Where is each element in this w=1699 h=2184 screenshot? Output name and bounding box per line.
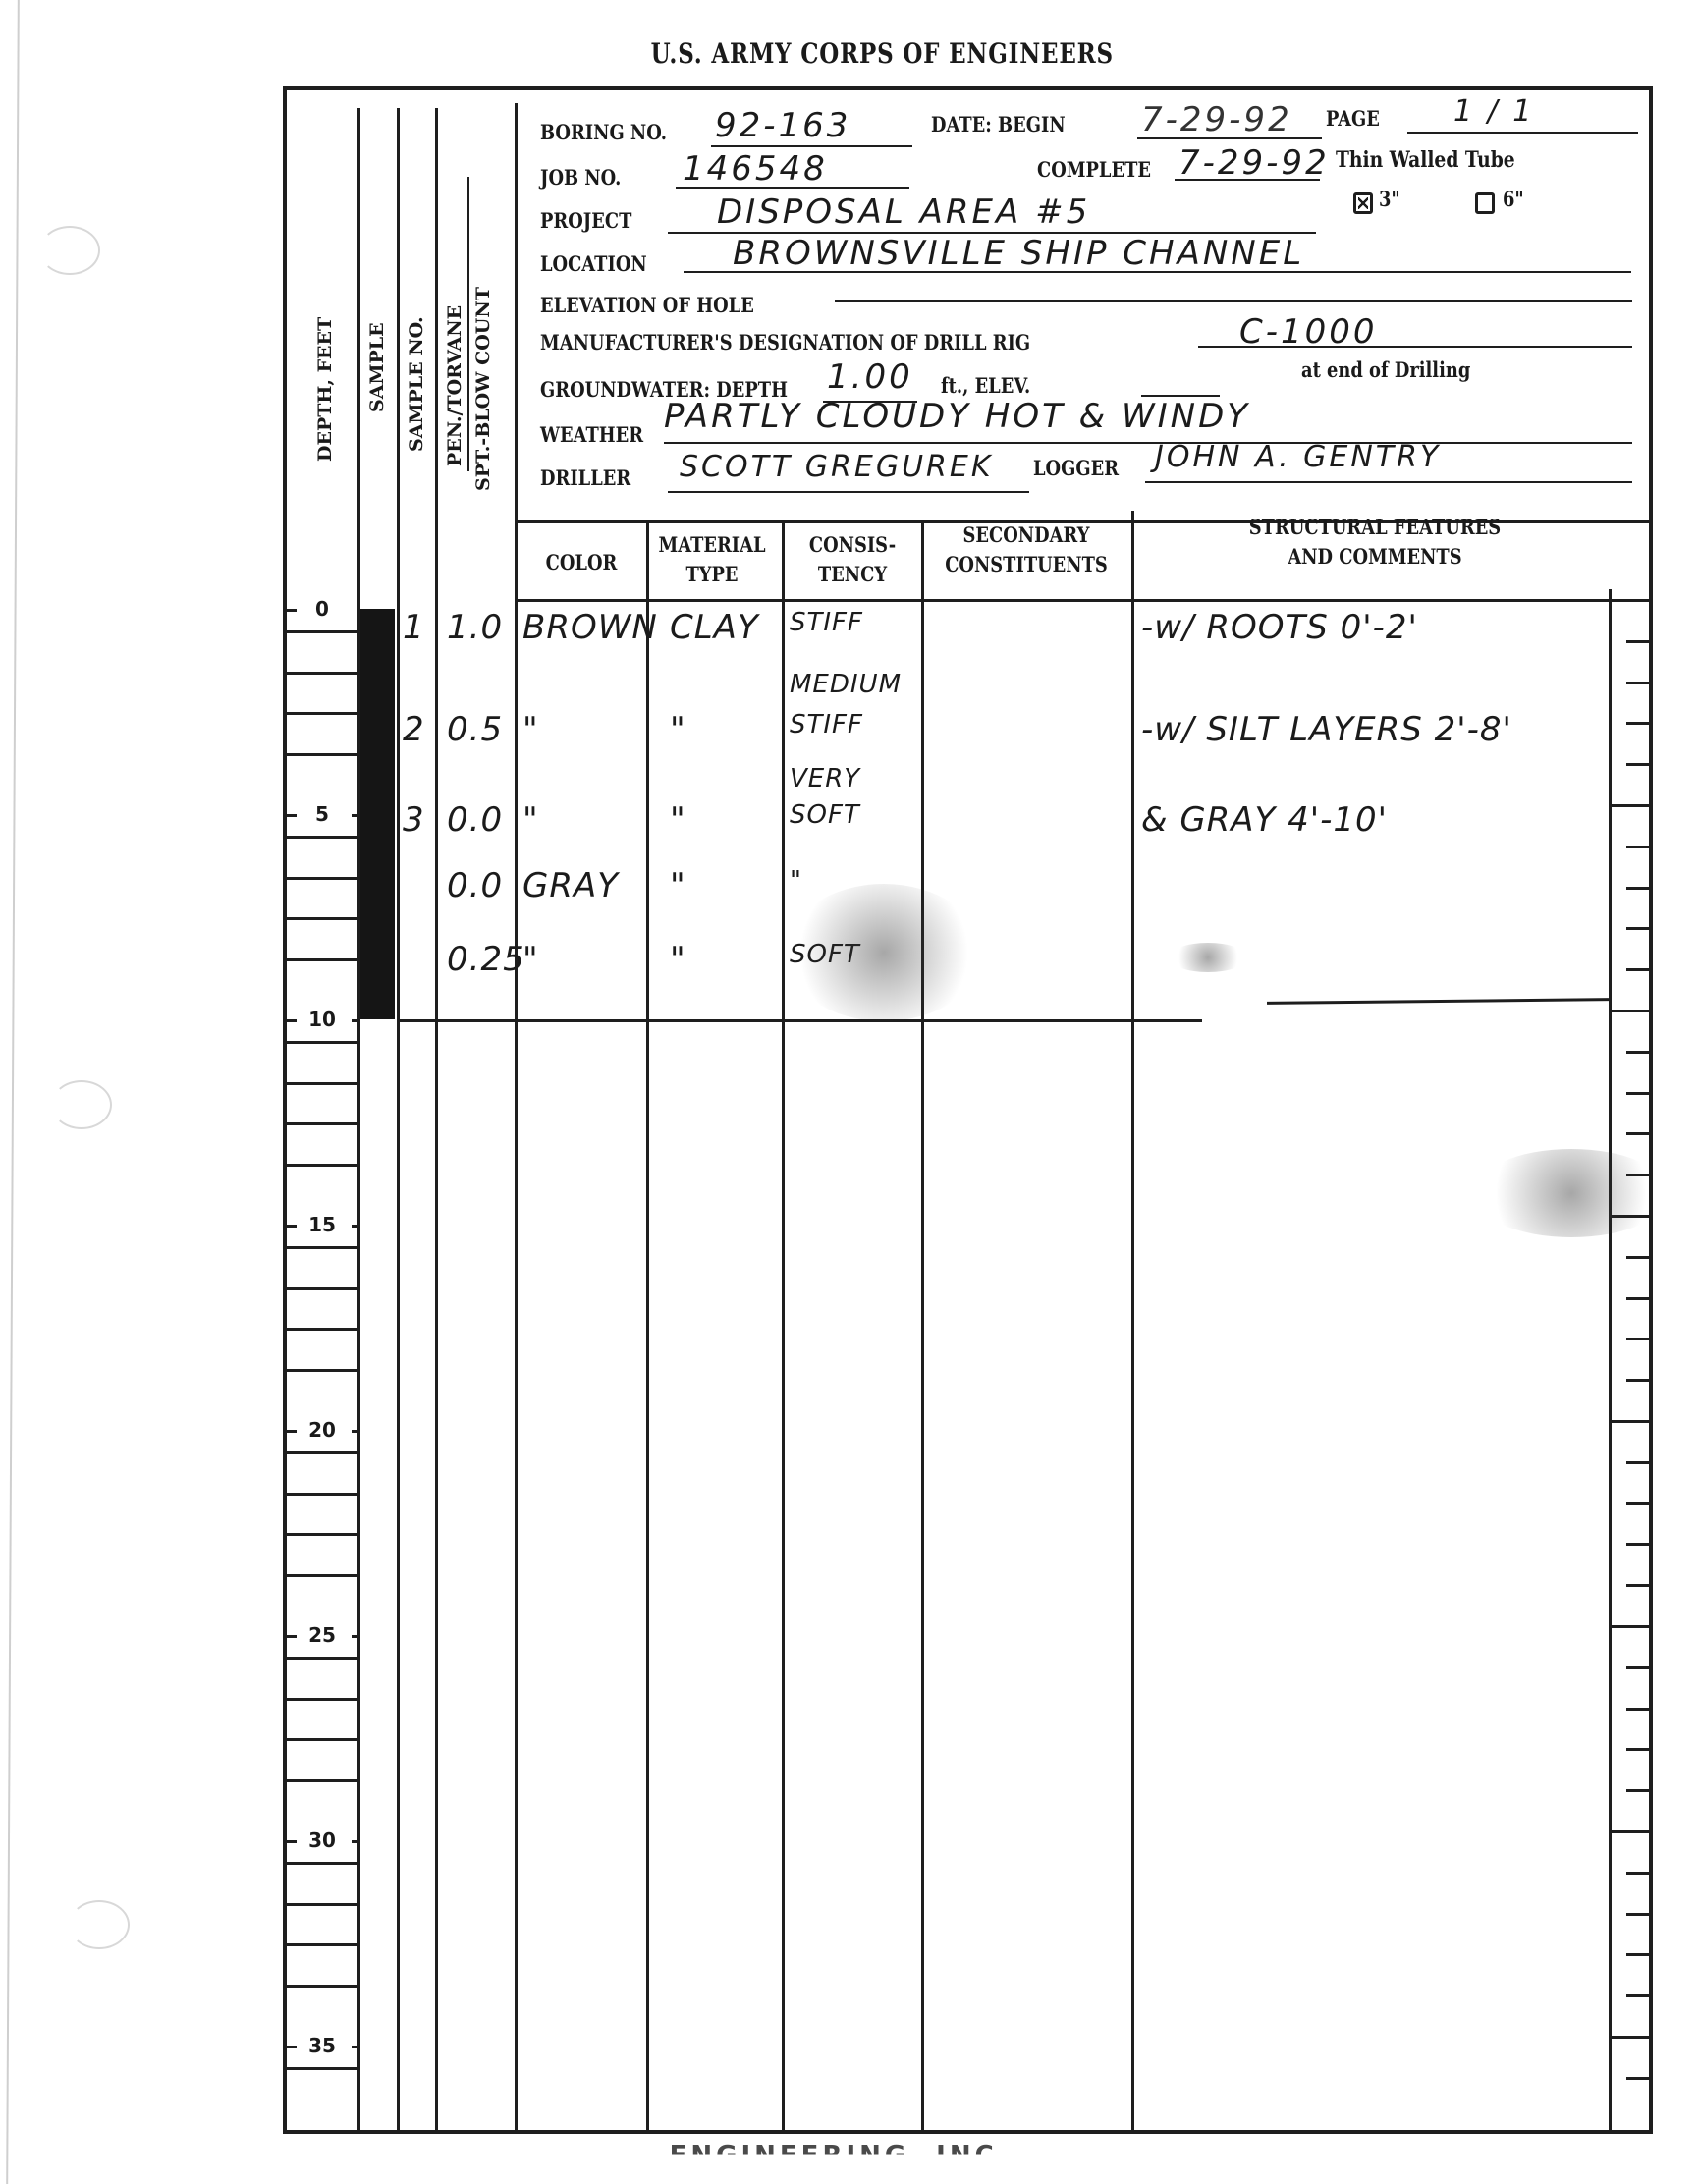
consistency-cell[interactable]: MEDIUM bbox=[790, 670, 902, 699]
sampler-3in-label: 3" bbox=[1379, 187, 1400, 211]
col-divider bbox=[435, 108, 438, 2131]
depth-gridline bbox=[287, 753, 357, 756]
depth-gridline bbox=[287, 1862, 357, 1865]
binder-hole bbox=[51, 1080, 112, 1129]
job-no-label: JOB NO. bbox=[540, 165, 621, 190]
right-ruler-major bbox=[1609, 1010, 1653, 1012]
weather-label: WEATHER bbox=[540, 422, 643, 447]
right-ruler-tick bbox=[1626, 1584, 1653, 1587]
logger-value[interactable]: JOHN A. GENTRY bbox=[1155, 440, 1441, 474]
color-cell[interactable]: GRAY bbox=[522, 866, 619, 905]
agency-title: U.S. ARMY CORPS OF ENGINEERS bbox=[186, 37, 1579, 70]
material-cell[interactable]: " bbox=[670, 940, 686, 979]
depth-label: 0 bbox=[293, 597, 352, 621]
color-cell[interactable]: " bbox=[522, 710, 539, 749]
depth-gridline bbox=[287, 1122, 357, 1125]
col-head-material-line1: MATERIAL bbox=[649, 530, 775, 560]
date-complete-value[interactable]: 7-29-92 bbox=[1178, 143, 1330, 183]
depth-gridline bbox=[287, 1041, 357, 1044]
col-divider bbox=[921, 520, 924, 2131]
date-begin-underline bbox=[1137, 137, 1322, 139]
binder-hole bbox=[39, 226, 100, 275]
right-ruler-tick bbox=[1626, 1338, 1653, 1340]
sampler-6in-label: 6" bbox=[1503, 187, 1524, 211]
material-cell[interactable]: " bbox=[670, 710, 686, 749]
driller-label: DRILLER bbox=[540, 465, 630, 490]
right-ruler-tick bbox=[1626, 1666, 1653, 1669]
date-begin-label: DATE: BEGIN bbox=[931, 112, 1066, 136]
scan-smudge bbox=[1473, 1149, 1670, 1237]
sampler-6in-checkbox[interactable] bbox=[1475, 192, 1495, 214]
drill-rig-underline bbox=[1198, 346, 1632, 348]
col-divider bbox=[782, 520, 785, 2131]
depth-tick bbox=[287, 814, 297, 817]
depth-tick bbox=[287, 1635, 297, 1638]
boring-no-value[interactable]: 92-163 bbox=[715, 106, 850, 145]
material-cell[interactable]: " bbox=[670, 800, 686, 840]
depth-tick bbox=[287, 1840, 297, 1843]
depth-gridline bbox=[287, 1657, 357, 1660]
depth-gridline bbox=[287, 1328, 357, 1331]
right-ruler-tick bbox=[1626, 763, 1653, 766]
date-begin-value[interactable]: 7-29-92 bbox=[1141, 100, 1292, 139]
end-of-boring-line bbox=[397, 1019, 1202, 1022]
col-head-consistency-line2: TENCY bbox=[795, 560, 911, 589]
depth-label: 35 bbox=[293, 2034, 352, 2057]
right-ruler-tick bbox=[1626, 887, 1653, 890]
depth-gridline bbox=[287, 1574, 357, 1577]
project-value[interactable]: DISPOSAL AREA #5 bbox=[717, 192, 1090, 232]
groundwater-depth-value[interactable]: 1.00 bbox=[827, 357, 913, 397]
consistency-cell[interactable]: " bbox=[790, 866, 802, 896]
pen-spt-divider bbox=[467, 177, 469, 471]
date-complete-underline bbox=[1175, 179, 1320, 181]
comment-cell[interactable]: & GRAY 4'-10' bbox=[1141, 800, 1388, 840]
weather-value[interactable]: PARTLY CLOUDY HOT & WINDY bbox=[664, 397, 1250, 436]
depth-gridline bbox=[287, 1246, 357, 1249]
depth-label: 20 bbox=[293, 1418, 352, 1442]
col-head-structural: STRUCTURAL FEATURES AND COMMENTS bbox=[1175, 513, 1575, 572]
col-divider bbox=[515, 103, 518, 2131]
right-ruler-tick bbox=[1626, 1256, 1653, 1259]
job-no-value[interactable]: 146548 bbox=[683, 149, 828, 189]
right-ruler-tick bbox=[1626, 1913, 1653, 1916]
depth-gridline bbox=[287, 2067, 357, 2070]
consistency-cell[interactable]: VERY bbox=[790, 764, 860, 793]
right-ruler-tick bbox=[1626, 1872, 1653, 1875]
depth-gridline bbox=[287, 1779, 357, 1782]
right-ruler-tick bbox=[1626, 640, 1653, 643]
right-ruler-tick bbox=[1626, 1379, 1653, 1382]
sample-interval-bar bbox=[360, 609, 395, 1019]
column-head-divider bbox=[515, 599, 1653, 602]
col-head-secondary-line1: SECONDARY bbox=[930, 520, 1123, 550]
pen-torvane-cell[interactable]: 1.0 bbox=[447, 608, 503, 647]
material-cell[interactable]: CLAY bbox=[670, 608, 759, 647]
depth-label: 15 bbox=[293, 1213, 352, 1236]
right-ruler-tick bbox=[1626, 1708, 1653, 1711]
col-head-consistency-line1: CONSIS- bbox=[795, 530, 911, 560]
col-head-secondary-line2: CONSTITUENTS bbox=[930, 550, 1123, 579]
col-head-pen-torvane: PEN./TORVANE bbox=[444, 305, 466, 466]
sample-no-cell[interactable]: 3 bbox=[403, 800, 425, 840]
pen-torvane-cell[interactable]: 0.0 bbox=[447, 866, 503, 905]
col-head-color: COLOR bbox=[529, 548, 632, 577]
right-ruler-tick bbox=[1626, 682, 1653, 684]
right-ruler-tick bbox=[1626, 1748, 1653, 1751]
depth-tick bbox=[287, 1019, 297, 1022]
page-label: PAGE bbox=[1326, 106, 1380, 131]
driller-value[interactable]: SCOTT GREGUREK bbox=[680, 450, 994, 484]
depth-gridline bbox=[287, 917, 357, 920]
col-head-sample: SAMPLE bbox=[366, 322, 388, 412]
logger-label: LOGGER bbox=[1033, 456, 1119, 480]
depth-gridline bbox=[287, 712, 357, 715]
elevation-underline bbox=[835, 300, 1632, 302]
col-head-spt-blow-count: SPT.-BLOW COUNT bbox=[472, 287, 494, 491]
depth-gridline bbox=[287, 1903, 357, 1906]
depth-gridline bbox=[287, 877, 357, 880]
right-ruler-tick bbox=[1626, 1994, 1653, 1997]
right-ruler-divider bbox=[1609, 589, 1612, 2131]
depth-gridline bbox=[287, 1493, 357, 1496]
color-cell[interactable]: BROWN bbox=[522, 608, 658, 647]
depth-label: 5 bbox=[293, 802, 352, 826]
groundwater-suffix: at end of Drilling bbox=[1301, 357, 1470, 382]
binder-hole bbox=[69, 1900, 130, 1949]
col-divider bbox=[1131, 511, 1134, 2131]
depth-gridline bbox=[287, 1985, 357, 1988]
boring-no-label: BORING NO. bbox=[540, 120, 667, 144]
depth-gridline bbox=[287, 1164, 357, 1167]
color-cell[interactable]: " bbox=[522, 940, 539, 979]
right-ruler-major bbox=[1609, 1625, 1653, 1628]
right-ruler-tick bbox=[1626, 722, 1653, 725]
right-ruler-major bbox=[1609, 804, 1653, 807]
col-head-secondary: SECONDARY CONSTITUENTS bbox=[930, 520, 1123, 579]
page-edge bbox=[6, 0, 20, 2184]
material-cell[interactable]: " bbox=[670, 866, 686, 905]
col-head-material: MATERIAL TYPE bbox=[649, 530, 775, 589]
date-complete-label: COMPLETE bbox=[1037, 157, 1151, 182]
drill-rig-label: MANUFACTURER'S DESIGNATION OF DRILL RIG bbox=[540, 330, 1030, 355]
right-ruler-tick bbox=[1626, 1132, 1653, 1135]
right-ruler-tick bbox=[1626, 1051, 1653, 1054]
depth-gridline bbox=[287, 1698, 357, 1701]
location-label: LOCATION bbox=[540, 251, 647, 276]
right-ruler-tick bbox=[1626, 1502, 1653, 1505]
depth-gridline bbox=[287, 1738, 357, 1741]
right-ruler-tick bbox=[1626, 1092, 1653, 1095]
sample-no-cell[interactable]: 2 bbox=[403, 710, 425, 749]
depth-gridline bbox=[287, 630, 357, 633]
driller-underline bbox=[668, 491, 1029, 493]
depth-tick bbox=[287, 2046, 297, 2048]
scan-smudge bbox=[1169, 943, 1247, 972]
elevation-label: ELEVATION OF HOLE bbox=[540, 293, 754, 317]
depth-label: 30 bbox=[293, 1829, 352, 1852]
col-divider bbox=[357, 108, 360, 2131]
right-ruler-tick bbox=[1626, 1297, 1653, 1300]
depth-tick bbox=[287, 1430, 297, 1433]
groundwater-unit-label: ft., ELEV. bbox=[941, 373, 1030, 398]
depth-gridline bbox=[287, 1533, 357, 1536]
scan-smudge bbox=[786, 884, 982, 1021]
depth-gridline bbox=[287, 1943, 357, 1946]
job-no-underline bbox=[676, 187, 909, 189]
depth-tick bbox=[287, 609, 297, 612]
col-divider bbox=[646, 520, 649, 2131]
consistency-cell[interactable]: STIFF bbox=[790, 608, 863, 637]
logger-underline bbox=[1145, 481, 1632, 483]
sampler-label: Thin Walled Tube bbox=[1336, 147, 1515, 173]
right-ruler-tick bbox=[1626, 927, 1653, 930]
boring-no-underline bbox=[711, 145, 912, 147]
col-divider bbox=[397, 108, 400, 2131]
right-ruler-tick bbox=[1626, 1789, 1653, 1792]
right-ruler-tick bbox=[1626, 1461, 1653, 1464]
depth-gridline bbox=[287, 1451, 357, 1454]
color-cell[interactable]: " bbox=[522, 800, 539, 840]
col-head-sample-no: SAMPLE NO. bbox=[406, 316, 427, 452]
consistency-cell[interactable]: STIFF bbox=[790, 710, 863, 739]
footer-company: ...ENGINEERING, INC. bbox=[629, 2141, 1012, 2170]
weather-underline bbox=[664, 442, 1632, 444]
pen-torvane-cell[interactable]: 0.5 bbox=[447, 710, 503, 749]
pen-torvane-cell[interactable]: 0.25 bbox=[447, 940, 525, 979]
depth-label: 10 bbox=[293, 1008, 352, 1031]
depth-gridline bbox=[287, 672, 357, 675]
comment-cell[interactable]: -w/ SILT LAYERS 2'-8' bbox=[1141, 710, 1512, 749]
pen-torvane-cell[interactable]: 0.0 bbox=[447, 800, 503, 840]
location-underline bbox=[684, 271, 1631, 273]
depth-tick bbox=[287, 1225, 297, 1228]
depth-gridline bbox=[287, 836, 357, 839]
right-ruler-major bbox=[1609, 1830, 1653, 1833]
right-ruler-tick bbox=[1626, 2077, 1653, 2080]
right-ruler-tick bbox=[1626, 968, 1653, 971]
depth-label: 25 bbox=[293, 1623, 352, 1647]
page-value[interactable]: 1 / 1 bbox=[1453, 94, 1534, 129]
sampler-3in-checkbox[interactable] bbox=[1353, 192, 1373, 214]
col-head-depth: DEPTH, FEET bbox=[314, 317, 336, 462]
depth-gridline bbox=[287, 1287, 357, 1290]
right-ruler-tick bbox=[1626, 1543, 1653, 1546]
depth-gridline bbox=[287, 958, 357, 961]
project-label: PROJECT bbox=[540, 208, 631, 233]
right-ruler-tick bbox=[1626, 846, 1653, 848]
depth-gridline bbox=[287, 1369, 357, 1372]
col-head-structural-line2: AND COMMENTS bbox=[1175, 542, 1575, 572]
right-ruler-major bbox=[1609, 2036, 1653, 2039]
page-underline bbox=[1407, 132, 1638, 134]
col-head-structural-line1: STRUCTURAL FEATURES bbox=[1175, 513, 1575, 542]
location-value[interactable]: BROWNSVILLE SHIP CHANNEL bbox=[733, 234, 1304, 273]
depth-gridline bbox=[287, 1082, 357, 1085]
sample-no-cell[interactable]: 1 bbox=[403, 608, 425, 647]
consistency-cell[interactable]: SOFT bbox=[790, 800, 860, 830]
col-head-material-line2: TYPE bbox=[649, 560, 775, 589]
comment-cell[interactable]: -w/ ROOTS 0'-2' bbox=[1141, 608, 1418, 647]
col-head-consistency: CONSIS- TENCY bbox=[795, 530, 911, 589]
right-ruler-major bbox=[1609, 1420, 1653, 1423]
right-ruler-tick bbox=[1626, 1953, 1653, 1956]
